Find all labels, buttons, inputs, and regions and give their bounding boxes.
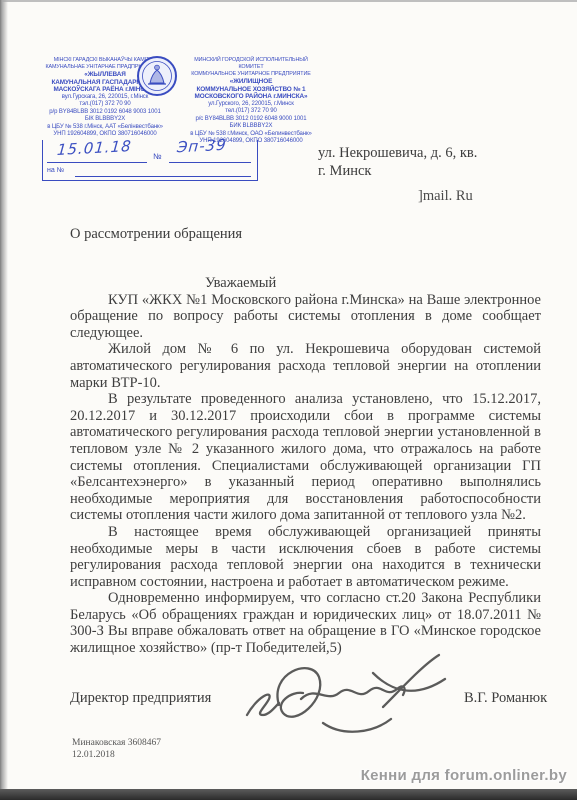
forum-watermark: Кенни для forum.onliner.by (361, 767, 567, 784)
stamp-line: КОММУНАЛЬНОЕ УНИТАРНОЕ ПРЕДПРИЯТИЕ (182, 71, 320, 78)
minsk-coat-of-arms-icon (136, 55, 178, 97)
signer-title: Директор предприятия (70, 690, 211, 707)
executor-date: 12.01.2018 (72, 749, 161, 761)
stamp-line: УНП 192604899, ОКПО 380716046000 (45, 131, 165, 139)
stamp-line: р/с BY84BLBB 3012 0192 6048 9000 1001 (182, 116, 320, 124)
letter-body: Уважаемый КУП «ЖКХ №1 Московского района… (70, 275, 541, 657)
stamp-line: БІК BLBBBY2X (45, 116, 165, 124)
date-number-box: 15.01.18 № Эп-39 на № (42, 140, 258, 181)
number-underline (169, 162, 251, 163)
paragraph: В настоящее время обслуживающей организа… (70, 524, 541, 590)
reference-underline (75, 176, 251, 177)
number-label: № (153, 152, 162, 161)
greeting: Уважаемый (205, 275, 541, 292)
handwritten-outgoing-number: Эп-39 (176, 136, 227, 157)
executor-block: Минаковская 3608467 12.01.2018 (72, 737, 161, 761)
executor-name-phone: Минаковская 3608467 (72, 737, 161, 749)
paragraph: Жилой дом № 6 по ул. Некрошевича оборудо… (70, 341, 541, 391)
signature-scribble (233, 645, 465, 747)
scan-edge-bottom (0, 789, 577, 800)
stamp-line: тел.(017) 372 70 90 (182, 108, 320, 116)
letterhead-stamp-russian: МИНСКИЙ ГОРОДСКОЙ ИСПОЛНИТЕЛЬНЫЙ КОМИТЕТ… (182, 57, 320, 146)
scanned-letter-page: МІНСКІ ГАРАДСКІ ВЫКАНАЎЧЫ КАМІТЭТ КАМУНА… (0, 0, 577, 800)
stamp-line: МИНСКИЙ ГОРОДСКОЙ ИСПОЛНИТЕЛЬНЫЙ КОМИТЕТ (182, 57, 320, 71)
stamp-line: тэл.(017) 372 70 90 (45, 101, 165, 109)
recipient-email-fragment: ]mail. Ru (318, 187, 477, 205)
handwritten-date: 15.01.18 (56, 137, 132, 159)
reference-label: на № (47, 167, 64, 174)
recipient-block: ул. Некрошевича, д. 6, кв. г. Минск ]mai… (318, 144, 477, 205)
stamp-line: БИК BLBBBY2X (182, 123, 320, 131)
stamp-line: КОММУНАЛЬНОЕ ХОЗЯЙСТВО № 1 (182, 86, 320, 94)
paragraph: КУП «ЖКХ №1 Московского района г.Минска»… (70, 292, 541, 342)
scan-edge-top (0, 0, 577, 2)
stamp-line: в ЦБУ № 538 г.Мінск, ААТ «Белінвестбанк» (45, 124, 165, 132)
letter-subject: О рассмотрении обращения (70, 226, 242, 243)
scan-edge-left (0, 0, 8, 800)
date-underline (47, 162, 147, 163)
stamp-line: МОСКОВСКОГО РАЙОНА г.МИНСКА» (182, 93, 320, 101)
recipient-address-line: ул. Некрошевича, д. 6, кв. (318, 144, 477, 162)
signer-name: В.Г. Романюк (464, 690, 547, 707)
paragraph: В результате проведенного анализа устано… (70, 391, 541, 524)
stamp-line: «ЖИЛИЩНОЕ (182, 78, 320, 86)
stamp-line: ул.Гурского, 26, 220015, г.Минск (182, 101, 320, 109)
recipient-city: г. Минск (318, 162, 477, 180)
stamp-line: р/р BY84BLBB 3012 0192 6048 9003 1001 (45, 109, 165, 117)
